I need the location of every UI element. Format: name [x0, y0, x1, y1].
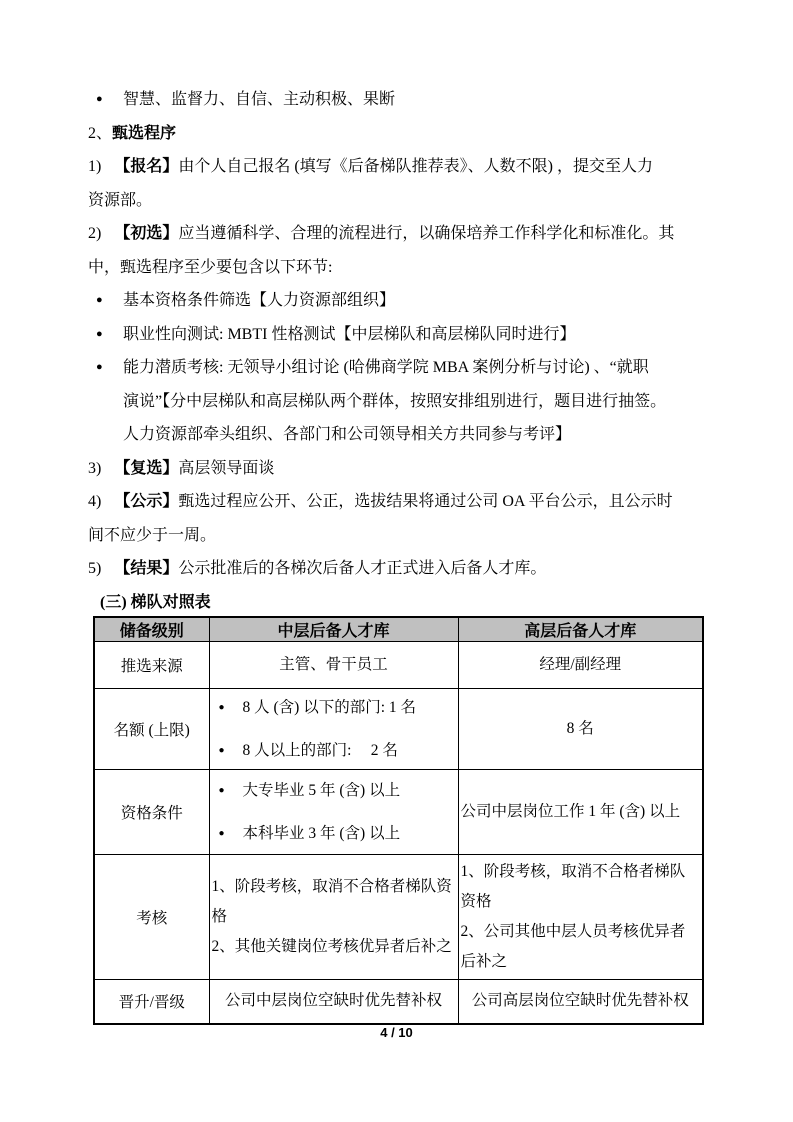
bullet-icon: ●: [96, 318, 103, 352]
bullet-icon: ●: [96, 83, 103, 117]
text-segment: 甄选过程应公开、公正，选拔结果将通过公司 OA 平台公示，且公示时: [178, 493, 672, 510]
cell-text: 主管、骨干员工: [212, 650, 456, 680]
text-segment: 职业性向测试: MBTI 性格测试【中层梯队和高层梯队同时进行】: [123, 326, 575, 343]
list-number: 5): [88, 552, 101, 586]
continuation-line: 人力资源部牵头组织、各部门和公司领导相关方共同参与考评】: [88, 418, 708, 452]
row-label-cell: 资格条件: [94, 770, 209, 855]
text-segment: 人力资源部牵头组织、各部门和公司领导相关方共同参与考评】: [123, 426, 571, 443]
text-segment: 间不应少于一周。: [88, 527, 216, 544]
document-page: ●智慧、监督力、自信、主动积极、果断2、甄选程序1)【报名】由个人自己报名 (填…: [0, 0, 793, 1122]
page-number: 4 / 10: [0, 1026, 793, 1040]
list-number: 3): [88, 452, 101, 486]
cell-text: 大专毕业 5 年 (含) 以上: [243, 782, 401, 799]
text-segment: 能力潜质考核: 无领导小组讨论 (哈佛商学院 MBA 案例分析与讨论) 、“就职: [123, 359, 649, 376]
text-segment: 【报名】: [114, 158, 178, 175]
cell-text: 公司中层岗位空缺时优先替补权: [212, 986, 456, 1016]
table-header-cell: 储备级别: [94, 617, 209, 642]
text-segment: 演说”【分中层梯队和高层梯队两个群体，按照安排组别进行，题目进行抽签。: [123, 393, 666, 410]
cell-text: 1、阶段考核，取消不合格者梯队资格: [461, 857, 701, 917]
table-cell: 8 名: [458, 689, 703, 770]
cell-text: 公司高层岗位空缺时优先替补权: [461, 986, 701, 1016]
text-segment: 【结果】: [114, 560, 178, 577]
table-cell: 1、阶段考核，取消不合格者梯队资格2、公司其他中层人员考核优异者后补之: [458, 855, 703, 980]
cell-text: 8 人 (含) 以下的部门: 1 名: [243, 699, 417, 716]
numbered-list-item: 3)【复选】高层领导面谈: [88, 452, 274, 486]
table-cell: ●大专毕业 5 年 (含) 以上●本科毕业 3 年 (含) 以上: [209, 770, 458, 855]
table-cell: ●8 人 (含) 以下的部门: 1 名●8 人以上的部门: 2 名: [209, 689, 458, 770]
table-row: 名额 (上限)●8 人 (含) 以下的部门: 1 名●8 人以上的部门: 2 名…: [94, 689, 703, 770]
cell-text: 2、公司其他中层人员考核优异者后补之: [461, 917, 701, 977]
table-cell: 公司高层岗位空缺时优先替补权: [458, 980, 703, 1024]
text-segment: 【复选】: [114, 460, 178, 477]
row-label-cell: 名额 (上限): [94, 689, 209, 770]
table-row: 推选来源主管、骨干员工经理/副经理: [94, 642, 703, 689]
text-segment: 资源部。: [88, 192, 152, 209]
bullet-icon: ●: [219, 776, 225, 806]
text-segment: 高层领导面谈: [178, 460, 274, 477]
table-cell: 主管、骨干员工: [209, 642, 458, 689]
bullet-list-item: ●智慧、监督力、自信、主动积极、果断: [88, 83, 708, 117]
table-header-cell: 中层后备人才库: [209, 617, 458, 642]
table-row: 资格条件●大专毕业 5 年 (含) 以上●本科毕业 3 年 (含) 以上公司中层…: [94, 770, 703, 855]
list-number: 1): [88, 150, 101, 184]
bullet-list-item: ●基本资格条件筛选【人力资源部组织】: [88, 284, 708, 318]
table-cell: 经理/副经理: [458, 642, 703, 689]
cell-text: 8 名: [461, 714, 701, 744]
numbered-list-item: 4)【公示】甄选过程应公开、公正，选拔结果将通过公司 OA 平台公示，且公示时: [88, 485, 673, 519]
section-heading: (三) 梯队对照表: [88, 586, 708, 620]
text-segment: 智慧、监督力、自信、主动积极、果断: [123, 91, 395, 108]
row-label-cell: 晋升/晋级: [94, 980, 209, 1024]
text-segment: 【初选】: [114, 225, 178, 242]
bullet-icon: ●: [96, 284, 103, 318]
text-segment: 【公示】: [114, 493, 178, 510]
bullet-list-item: ●能力潜质考核: 无领导小组讨论 (哈佛商学院 MBA 案例分析与讨论) 、“就…: [88, 351, 708, 385]
table-cell: 1、阶段考核，取消不合格者梯队资格2、其他关键岗位考核优异者后补之: [209, 855, 458, 980]
text-segment: 2、: [88, 125, 112, 142]
numbered-list-item: 2)【初选】应当遵循科学、合理的流程进行，以确保培养工作科学化和标准化。其: [88, 217, 674, 251]
table-row: 晋升/晋级公司中层岗位空缺时优先替补权公司高层岗位空缺时优先替补权: [94, 980, 703, 1024]
bullet-icon: ●: [219, 819, 225, 849]
text-segment: (三) 梯队对照表: [100, 594, 211, 611]
bullet-icon: ●: [219, 736, 225, 766]
text-segment: 甄选程序: [112, 125, 176, 142]
row-label-cell: 考核: [94, 855, 209, 980]
continuation-line: 间不应少于一周。: [88, 519, 708, 553]
table-cell: 公司中层岗位空缺时优先替补权: [209, 980, 458, 1024]
text-segment: 由个人自己报名 (填写《后备梯队推荐表》、人数不限) ，提交至人力: [178, 158, 653, 175]
cell-text: 公司中层岗位工作 1 年 (含) 以上: [461, 797, 701, 827]
bullet-list-item: ●职业性向测试: MBTI 性格测试【中层梯队和高层梯队同时进行】: [88, 318, 708, 352]
bullet-icon: ●: [219, 693, 225, 723]
cell-text: 8 人以上的部门: 2 名: [243, 742, 398, 759]
continuation-line: 中，甄选程序至少要包含以下环节:: [88, 251, 708, 285]
table-header-cell: 高层后备人才库: [458, 617, 703, 642]
text-segment: 应当遵循科学、合理的流程进行，以确保培养工作科学化和标准化。其: [178, 225, 674, 242]
cell-text: 2、其他关键岗位考核优异者后补之: [212, 932, 456, 962]
table-cell: 公司中层岗位工作 1 年 (含) 以上: [458, 770, 703, 855]
continuation-line: 资源部。: [88, 184, 708, 218]
continuation-line: 演说”【分中层梯队和高层梯队两个群体，按照安排组别进行，题目进行抽签。: [88, 385, 708, 419]
table-row: 考核1、阶段考核，取消不合格者梯队资格2、其他关键岗位考核优异者后补之1、阶段考…: [94, 855, 703, 980]
ladder-comparison-table: 储备级别中层后备人才库高层后备人才库 推选来源主管、骨干员工经理/副经理名额 (…: [93, 616, 704, 1025]
table-header-row: 储备级别中层后备人才库高层后备人才库: [94, 617, 703, 642]
numbered-list-item: 1)【报名】由个人自己报名 (填写《后备梯队推荐表》、人数不限) ，提交至人力: [88, 150, 653, 184]
list-number: 2): [88, 217, 101, 251]
list-number: 4): [88, 485, 101, 519]
text-segment: 基本资格条件筛选【人力资源部组织】: [123, 292, 395, 309]
document-body: ●智慧、监督力、自信、主动积极、果断2、甄选程序1)【报名】由个人自己报名 (填…: [88, 83, 708, 619]
subsection-heading: 2、甄选程序: [88, 117, 708, 151]
row-label-cell: 推选来源: [94, 642, 209, 689]
text-segment: 公示批准后的各梯次后备人才正式进入后备人才库。: [178, 560, 546, 577]
bullet-icon: ●: [96, 351, 103, 385]
cell-text: 本科毕业 3 年 (含) 以上: [243, 825, 401, 842]
cell-text: 经理/副经理: [461, 650, 701, 680]
text-segment: 中，甄选程序至少要包含以下环节:: [88, 259, 332, 276]
cell-text: 1、阶段考核，取消不合格者梯队资格: [212, 872, 456, 932]
numbered-list-item: 5)【结果】公示批准后的各梯次后备人才正式进入后备人才库。: [88, 552, 546, 586]
